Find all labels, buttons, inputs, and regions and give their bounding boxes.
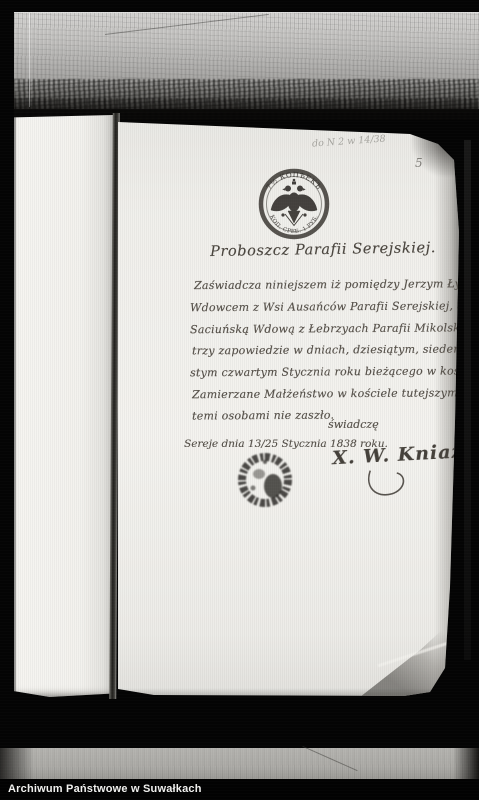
signature-flourish — [362, 461, 419, 504]
pencil-note: do N 2 w 14/38 — [312, 133, 386, 149]
book-top-edge — [14, 12, 479, 109]
handwritten-line: temi osobami nie zaszło. — [192, 409, 334, 423]
archive-name-label: Archiwum Państwowe w Suwałkach — [8, 779, 202, 800]
archive-caption-bar: Archiwum Państwowe w Suwałkach — [0, 779, 479, 800]
book-bottom-shadow — [10, 694, 479, 750]
left-blank-page — [14, 115, 113, 697]
handwritten-line: Zaświadcza niniejszem iż pomiędzy Jerzym… — [194, 277, 479, 292]
page-edge-streak — [464, 140, 471, 660]
handwritten-line: trzy zapowiedzie w dniach, dziesiątym, s… — [192, 342, 479, 358]
page-right-edge-shading — [434, 112, 464, 704]
table-surface-edge — [0, 748, 479, 782]
double-headed-eagle-icon — [271, 179, 317, 226]
handwritten-line: Wdowcem z Wsi Ausańców Parafii Serejskie… — [190, 299, 479, 314]
page-number: 5 — [415, 156, 423, 170]
attestation-word: świadczę — [328, 418, 379, 431]
handwritten-line: Zamierzane Małżeństwo w kościele tutejsz… — [192, 386, 479, 401]
parish-ink-stamp — [235, 450, 295, 510]
document-page: do N 2 w 14/38 5 7½ КОПѢЕКЪ КОП. СРЕБ. 1… — [114, 112, 466, 704]
revenue-stamp: 7½ КОПѢЕКЪ КОП. СРЕБ. 1 РУБ. — [258, 168, 330, 240]
document-heading: Proboszcz Parafii Serejskiej. — [210, 240, 436, 260]
archival-document-photo: do N 2 w 14/38 5 7½ КОПѢЕКЪ КОП. СРЕБ. 1… — [0, 0, 479, 800]
handwritten-line: stym czwartym Stycznia roku bieżącego w … — [190, 364, 479, 380]
page-edge-highlight — [29, 13, 30, 107]
handwritten-line: Saciuńską Wdową z Łebrzyach Parafii Miko… — [190, 321, 479, 336]
